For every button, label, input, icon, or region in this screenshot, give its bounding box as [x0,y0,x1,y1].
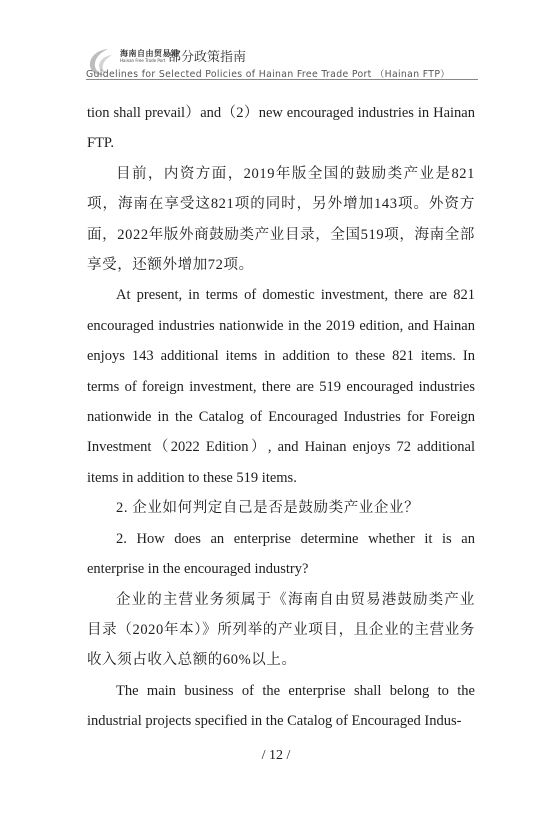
paragraph-continuation: tion shall prevail）and（2）new encouraged … [87,98,475,159]
paragraph-cn-encouraged-counts: 目前，内资方面，2019年版全国的鼓励类产业是821项，海南在享受这821项的同… [87,159,475,281]
question-heading-en: 2. How does an enterprise determine whet… [87,524,475,585]
header-title: 部分政策指南 [168,46,246,65]
question-heading-cn: 2. 企业如何判定自己是否是鼓励类产业企业？ [87,493,475,523]
page-body: tion shall prevail）and（2）new encouraged … [87,98,475,737]
paragraph-en-encouraged-counts: At present, in terms of domestic investm… [87,280,475,493]
header-rule [86,79,478,80]
page-number: / 12 / [0,748,552,764]
brand-english: Hainan Free Trade Port [120,58,165,63]
header-subtitle: Guidelines for Selected Policies of Hain… [86,66,450,80]
paragraph-en-main-business: The main business of the enterprise shal… [87,676,475,737]
page-header: 海南自由贸易港 Hainan Free Trade Port 部分政策指南 Gu… [86,44,478,84]
paragraph-cn-main-business: 企业的主营业务须属于《海南自由贸易港鼓励类产业目录（2020年本）》所列举的产业… [87,585,475,676]
